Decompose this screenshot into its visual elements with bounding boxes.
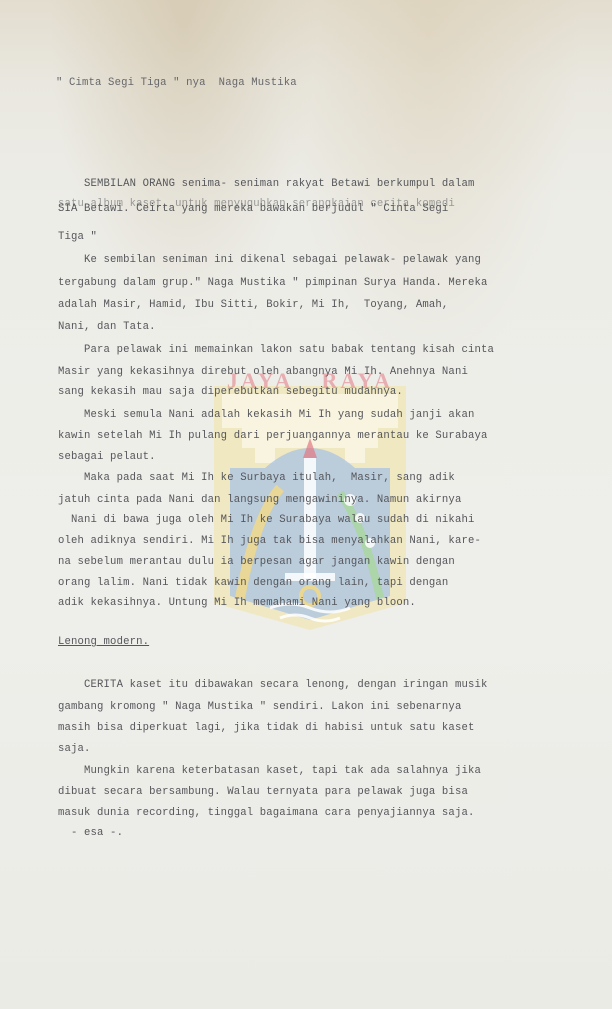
paragraph-2-line-3: adalah Masir, Hamid, Ibu Sitti, Bokir, M… <box>58 299 448 311</box>
paragraph-3-line-2: Masir yang kekasihnya direbut oleh abang… <box>58 366 468 378</box>
paragraph-5-line-2: jatuh cinta pada Nani dan langsung menga… <box>58 494 461 506</box>
paragraph-6-line-4: saja. <box>58 743 91 755</box>
paragraph-2-line-4: Nani, dan Tata. <box>58 321 156 333</box>
paragraph-7-line-2: dibuat secara bersambung. Walau ternyata… <box>58 786 468 798</box>
author-signature: - esa -. <box>58 827 123 839</box>
paragraph-4-line-2: kawin setelah Mi Ih pulang dari perjuang… <box>58 430 487 442</box>
paragraph-3-line-3: sang kekasih mau saja diperebutkan sebeg… <box>58 386 403 398</box>
paragraph-6-line-2: gambang kromong " Naga Mustika " sendiri… <box>58 701 461 713</box>
paragraph-5-line-6: orang lalim. Nani tidak kawin dengan ora… <box>58 577 448 589</box>
paragraph-5-line-3: Nani di bawa juga oleh Mi Ih ke Surabaya… <box>58 514 474 526</box>
paragraph-4-line-3: sebagai pelaut. <box>58 451 156 463</box>
paragraph-6-line-1: CERITA kaset itu dibawakan secara lenong… <box>58 679 487 691</box>
paragraph-1-line-1: SEMBILAN ORANG senima- seniman rakyat Be… <box>58 178 474 190</box>
subheading-lenong-modern: Lenong modern. <box>58 636 149 648</box>
paragraph-7-line-3: masuk dunia recording, tinggal bagaimana… <box>58 807 474 819</box>
paragraph-5-line-1: Maka pada saat Mi Ih ke Surbaya itulah, … <box>58 472 455 484</box>
paragraph-5-line-4: oleh adiknya sendiri. Mi Ih juga tak bis… <box>58 535 481 547</box>
paragraph-4-line-1: Meski semula Nani adalah kekasih Mi Ih y… <box>58 409 474 421</box>
paragraph-2-line-2: tergabung dalam grup." Naga Mustika " pi… <box>58 277 487 289</box>
paragraph-6-line-3: masih bisa diperkuat lagi, jika tidak di… <box>58 722 474 734</box>
paragraph-7-line-1: Mungkin karena keterbatasan kaset, tapi … <box>58 765 481 777</box>
paragraph-2-line-1: Ke sembilan seniman ini dikenal sebagai … <box>58 254 481 266</box>
paragraph-5-line-5: na sebelum merantau dulu ia berpesan aga… <box>58 556 455 568</box>
document-title: " Cimta Segi Tiga " nya Naga Mustika <box>56 77 297 89</box>
paragraph-5-line-7: adik kekasihnya. Untung Mi Ih memahami N… <box>58 597 416 609</box>
paragraph-1-line-3: Tiga " <box>58 231 97 243</box>
paragraph-3-line-1: Para pelawak ini memainkan lakon satu ba… <box>58 344 494 356</box>
paragraph-1-line-2: SIA Betawi. Ceirta yang mereka bawakan b… <box>58 203 448 215</box>
